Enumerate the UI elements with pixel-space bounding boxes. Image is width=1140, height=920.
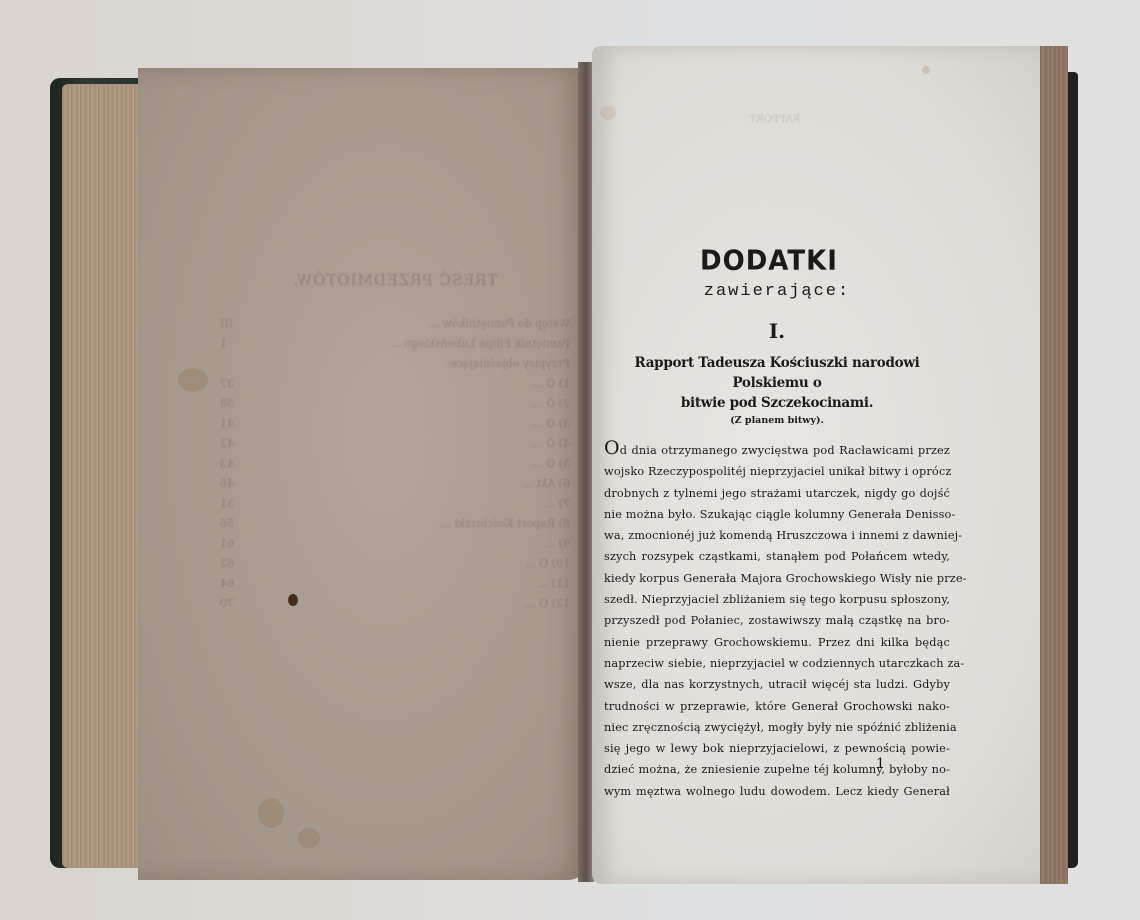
body-line: wym męztwa wolnego ludu dowodem. Lecz ki…	[604, 781, 950, 802]
body-line: przyszedł pod Połaniec, zostawiwszy małą…	[604, 610, 950, 631]
bleed-row: 6) Akt ...46	[220, 474, 570, 494]
bleed-row: 12) O ...70	[220, 594, 570, 614]
section-heading: Rapport Tadeusza Kościuszki narodowi Pol…	[604, 353, 950, 413]
right-page-bleed-through: RAPPORT	[600, 110, 950, 139]
bleed-row: 8) Raport Kościuszki ...56	[220, 514, 570, 534]
bleed-row: 1) O ...37	[220, 374, 570, 394]
foxing-stain	[258, 798, 284, 828]
body-line: nie można było. Szukając ciągle kolumny …	[604, 504, 950, 525]
heading-line-2: bitwie pod Szczekocinami.	[604, 393, 950, 413]
body-line: trudności w przeprawie, które Generał Gr…	[604, 696, 950, 717]
left-page-stack-edge	[62, 84, 142, 868]
bleed-row: Wstęp do Pamiętników ...III	[220, 314, 570, 334]
right-page-text: DODATKI zawierające: I. Rapport Tadeusza…	[604, 246, 950, 802]
bleed-row: 3) O ...41	[220, 414, 570, 434]
body-line: niec zręcznością zwyciężył, mogły były n…	[604, 717, 950, 738]
body-line: naprzeciw siebie, nieprzyjaciel w codzie…	[604, 653, 950, 674]
page-subtitle: zawierające:	[604, 282, 950, 301]
bleed-row: 4) O ...42	[220, 434, 570, 454]
body-line: wojsko Rzeczypospolitéj nieprzyjaciel un…	[604, 461, 950, 482]
section-note: (Z planem bitwy).	[604, 415, 950, 426]
bleed-row: Przypisy objaśniające:	[220, 354, 570, 374]
body-line: kiedy korpus Generała Majora Grochowskie…	[604, 568, 950, 589]
drop-cap: O	[604, 437, 620, 459]
bleed-header: RAPPORT	[600, 110, 950, 129]
section-numeral: I.	[604, 319, 950, 343]
body-line: szych rozsypek cząstkami, stanąłem pod P…	[604, 546, 950, 567]
body-line: nienie przeprawy Grochowskiemu. Przez dn…	[604, 632, 950, 653]
body-line: drobnych z tylnemi jego strażami utarcze…	[604, 483, 950, 504]
bleed-row: 11) ...64	[220, 574, 570, 594]
bleed-row: 10) O ...62	[220, 554, 570, 574]
bleed-row: Pamiętnik Filipa Lubońskiego ...1	[220, 334, 570, 354]
bleed-row: 5) O ...43	[220, 454, 570, 474]
body-line: wsze, dla nas korzystnych, utracił więcé…	[604, 674, 950, 695]
page-title: DODATKI	[694, 245, 844, 277]
body-line: dzieć można, że zniesienie zupełne téj k…	[604, 759, 950, 780]
body-line: szedł. Nieprzyjaciel zbliżaniem się tego…	[604, 589, 950, 610]
bleed-row: 7) ...51	[220, 494, 570, 514]
body-line: Od dnia otrzymanego zwycięstwa pod Racła…	[604, 440, 950, 461]
heading-line-1: Rapport Tadeusza Kościuszki narodowi Pol…	[604, 353, 950, 393]
foxing-stain	[178, 368, 208, 392]
bleed-title: TREŚĆ PRZEDMIOTÓW.	[220, 270, 570, 290]
foxing-stain	[922, 66, 930, 74]
left-page-bleed-through: TREŚĆ PRZEDMIOTÓW. Wstęp do Pamiętników …	[220, 270, 570, 614]
bleed-rows: Wstęp do Pamiętników ...IIIPamiętnik Fil…	[220, 314, 570, 614]
page-number: 1	[876, 756, 885, 772]
body-line: wa, zmocnionéj już komendą Hruszczowa i …	[604, 525, 950, 546]
body-paragraph: Od dnia otrzymanego zwycięstwa pod Racła…	[604, 440, 950, 802]
bleed-row: 2) O ...38	[220, 394, 570, 414]
foxing-stain	[298, 828, 320, 848]
right-page-stack-edge	[1040, 46, 1068, 884]
bleed-row: 9) ...61	[220, 534, 570, 554]
body-line: się jego w lewy bok nieprzyjacielowi, z …	[604, 738, 950, 759]
